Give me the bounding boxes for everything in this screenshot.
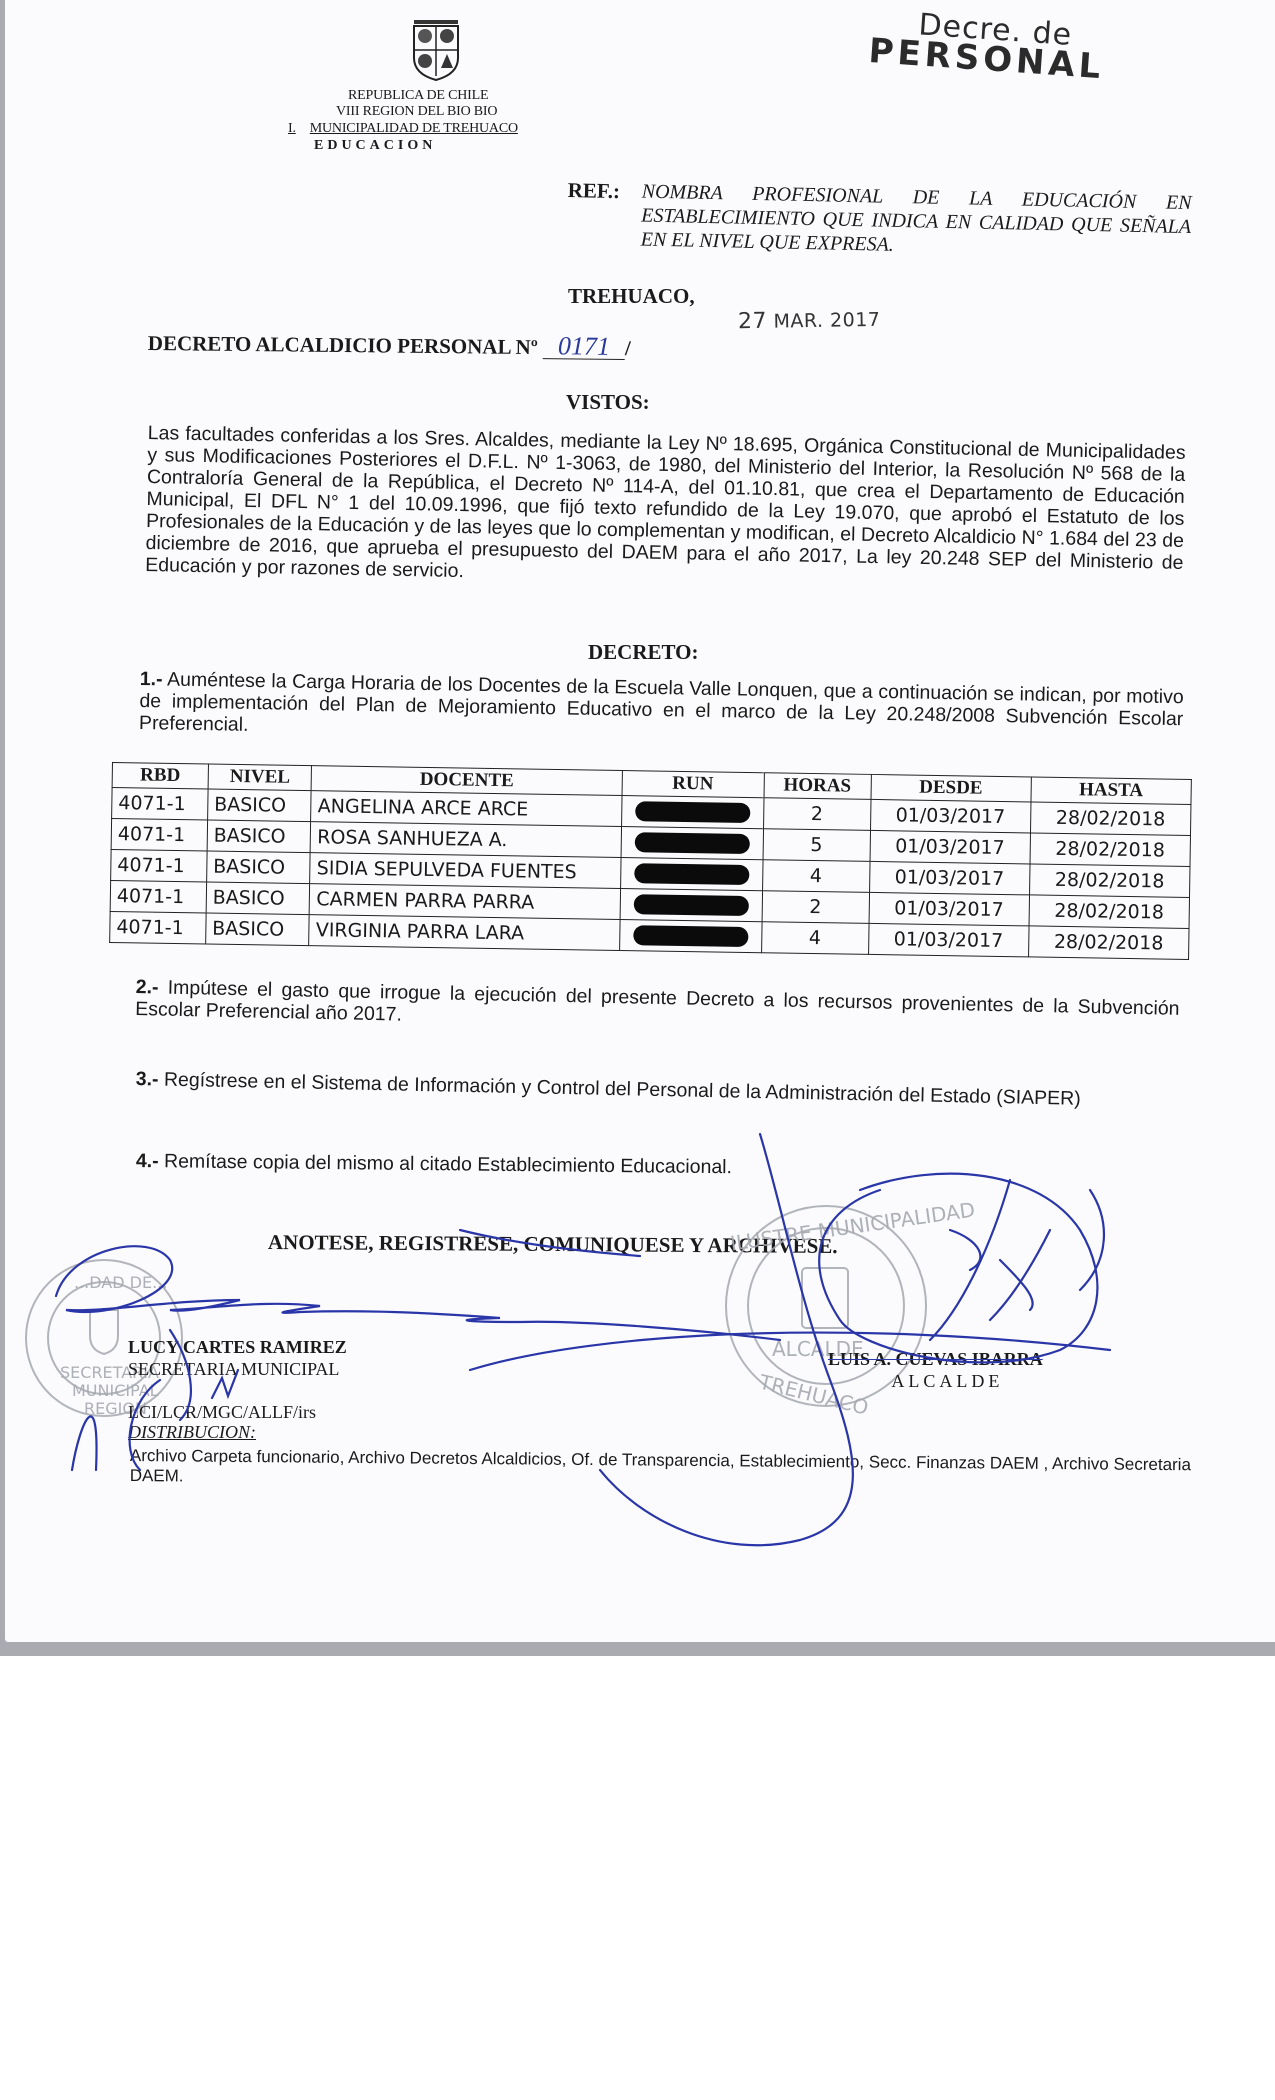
redacted-run-mark	[634, 832, 749, 854]
cell-horas: 5	[763, 829, 870, 862]
place-label: TREHUACO,	[568, 284, 695, 309]
cell-desde: 01/03/2017	[870, 830, 1031, 864]
redacted-run-mark	[635, 801, 750, 823]
cell-rbd: 4071-1	[112, 788, 208, 821]
teachers-table: RBD NIVEL DOCENTE RUN HORAS DESDE HASTA …	[109, 762, 1192, 960]
cell-nivel: BASICO	[207, 789, 311, 822]
cell-horas: 4	[762, 860, 869, 893]
redacted-run-mark	[633, 925, 748, 947]
header-municipality-prefix: I.	[288, 121, 296, 136]
cell-rbd: 4071-1	[110, 911, 206, 944]
cell-docente: ANGELINA ARCE ARCE	[311, 791, 622, 827]
redacted-run-mark	[633, 894, 748, 916]
header-municipality-name: MUNICIPALIDAD DE TREHUACO	[310, 121, 518, 136]
cell-desde: 01/03/2017	[868, 923, 1029, 957]
cell-hasta: 28/02/2018	[1029, 895, 1190, 929]
vistos-title: VISTOS:	[566, 390, 650, 415]
cell-run	[619, 919, 761, 952]
secretary-signature-block: LUCY CARTES RAMIREZ SECRETARIA MUNICIPAL	[128, 1336, 347, 1380]
cell-rbd: 4071-1	[110, 880, 206, 913]
header-department: EDUCACION	[314, 138, 436, 154]
article-number: 1.-	[140, 668, 163, 690]
article-number: 2.-	[136, 976, 159, 998]
mayor-role: ALCALDE	[852, 1370, 1043, 1392]
cell-run	[620, 858, 762, 891]
vistos-text: Las facultades conferidas a los Sres. Al…	[145, 422, 1186, 596]
mayor-name: LUIS A. CUEVAS IBARRA	[828, 1348, 1043, 1370]
cell-hasta: 28/02/2018	[1030, 833, 1191, 867]
decree-suffix: /	[625, 336, 631, 360]
cell-rbd: 4071-1	[111, 849, 207, 882]
cell-nivel: BASICO	[207, 820, 311, 853]
article-number: 4.-	[136, 1150, 159, 1172]
article-number: 3.-	[136, 1068, 159, 1090]
cell-rbd: 4071-1	[111, 819, 207, 852]
distribution-label: DISTRIBUCION:	[128, 1422, 256, 1443]
date-month-year: MAR. 2017	[773, 309, 880, 333]
decreto-title: DECRETO:	[588, 640, 698, 665]
redacted-run-mark	[634, 863, 749, 885]
header-municipality: I.MUNICIPALIDAD DE TREHUACO	[288, 121, 518, 137]
decree-number-handwritten: 0171	[543, 334, 625, 360]
cell-run	[621, 796, 763, 829]
date-stamp: 27 MAR. 2017	[738, 307, 881, 334]
municipal-coat-of-arms-icon	[408, 18, 464, 82]
cell-docente: VIRGINIA PARRA LARA	[309, 915, 620, 951]
secretary-name: LUCY CARTES RAMIREZ	[128, 1336, 347, 1358]
secretary-role: SECRETARIA MUNICIPAL	[128, 1358, 347, 1380]
header-region: VIII REGION DEL BIO BIO	[336, 104, 497, 120]
col-hasta: HASTA	[1031, 777, 1192, 805]
cell-nivel: BASICO	[206, 882, 310, 915]
cell-hasta: 28/02/2018	[1028, 926, 1189, 960]
reference-label: REF.:	[567, 178, 620, 204]
col-horas: HORAS	[764, 773, 871, 800]
header-country: REPUBLICA DE CHILE	[348, 88, 488, 104]
col-run: RUN	[622, 771, 764, 798]
decree-label: DECRETO ALCALDICIO PERSONAL Nº	[148, 331, 538, 359]
cell-horas: 2	[762, 891, 869, 924]
cell-nivel: BASICO	[206, 851, 310, 884]
cell-desde: 01/03/2017	[870, 799, 1031, 833]
cell-docente: ROSA SANHUEZA A.	[311, 822, 622, 858]
cell-docente: CARMEN PARRA PARRA	[310, 884, 621, 920]
cell-run	[621, 827, 763, 860]
closing-formula: ANOTESE, REGISTRESE, COMUNIQUESE Y ARCHI…	[268, 1230, 838, 1259]
initials: LCI/LCR/MGC/ALLF/irs	[128, 1402, 316, 1423]
reference-text: NOMBRA PROFESIONAL DE LA EDUCACIÓN EN ES…	[640, 180, 1191, 264]
col-nivel: NIVEL	[208, 764, 312, 791]
cell-docente: SIDIA SEPULVEDA FUENTES	[310, 853, 621, 889]
mayor-signature-block: LUIS A. CUEVAS IBARRA ALCALDE	[828, 1348, 1043, 1392]
cell-run	[620, 888, 762, 921]
cell-horas: 2	[763, 798, 870, 831]
cell-desde: 01/03/2017	[869, 892, 1030, 926]
cell-desde: 01/03/2017	[869, 861, 1030, 895]
cell-horas: 4	[761, 922, 868, 955]
cell-hasta: 28/02/2018	[1030, 802, 1191, 836]
decree-number-line: DECRETO ALCALDICIO PERSONAL Nº 0171/	[148, 330, 631, 361]
col-desde: DESDE	[871, 774, 1032, 802]
date-day: 27	[738, 309, 767, 335]
col-rbd: RBD	[112, 763, 208, 790]
cell-hasta: 28/02/2018	[1029, 864, 1190, 898]
cell-nivel: BASICO	[205, 913, 309, 946]
